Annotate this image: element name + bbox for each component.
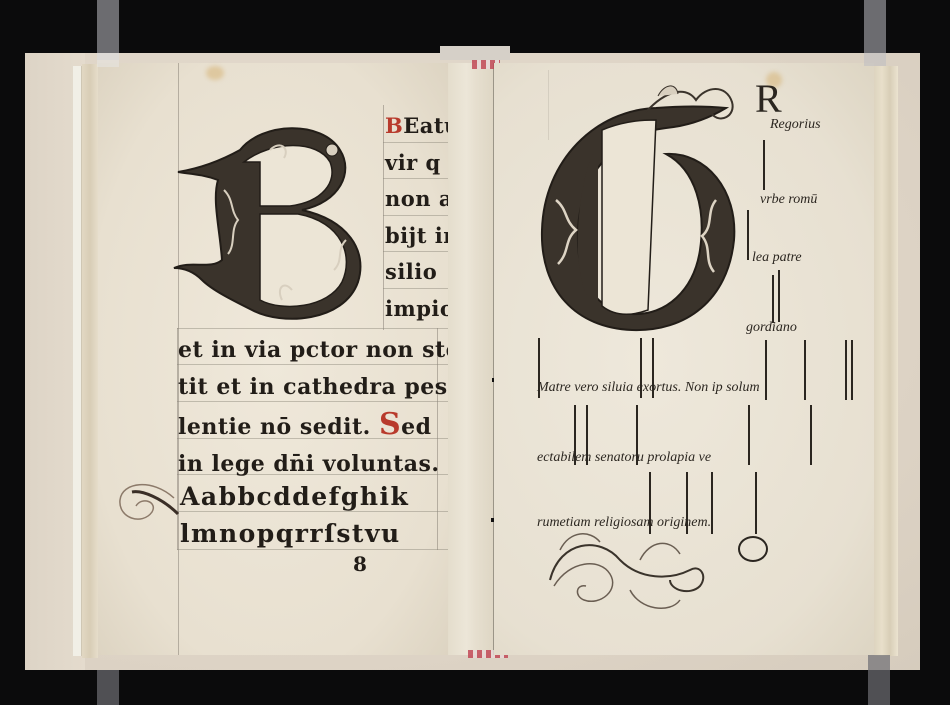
book-leaves-right — [874, 66, 898, 656]
main-line-1: Matre vero siluia exortus. Non ip solum — [537, 380, 760, 396]
ascender-stroke — [711, 472, 713, 534]
ruling-line — [383, 178, 449, 179]
ascender-stroke — [851, 340, 853, 400]
ascender-stroke — [772, 275, 774, 323]
descender-loop — [738, 536, 768, 562]
ruling-line — [383, 142, 449, 143]
decorated-initial-g — [536, 80, 756, 336]
ascender-stroke — [763, 140, 765, 190]
ascender-stroke — [747, 210, 749, 260]
pen-flourish — [112, 478, 182, 538]
ruling-line — [383, 105, 384, 330]
ruling-line — [383, 251, 449, 252]
main-line-2: ectabilem senatoru prolapia ve — [537, 450, 711, 466]
alphabet-specimen: Aabbcddefghik lmnopqrrſstvu — [180, 478, 409, 552]
side-line-2: vrbe romū — [760, 192, 817, 208]
ruling-line — [383, 288, 449, 289]
ascender-stroke — [748, 405, 750, 465]
ruling-line — [383, 215, 449, 216]
book-gutter — [448, 63, 494, 655]
psalm-text: et in via pctor non ste tit et in cathed… — [178, 332, 467, 483]
mounting-strap — [868, 655, 890, 705]
book-leaves-left — [82, 64, 98, 658]
ruling-line — [177, 328, 449, 329]
side-line-3: lea patre — [752, 250, 802, 266]
mounting-strap — [864, 0, 886, 66]
ascender-stroke — [755, 472, 757, 534]
mounting-strap — [97, 0, 119, 60]
capital-r: R — [755, 75, 782, 122]
side-line-4: gordiano — [746, 320, 797, 336]
book-fore-edge-left — [73, 66, 82, 656]
spine-top — [440, 46, 510, 60]
pen-flourish-acanthus — [540, 530, 715, 620]
rubric-initial-s: S — [379, 407, 401, 442]
mounting-strap — [97, 670, 119, 705]
ascender-stroke — [765, 340, 767, 400]
mounting-strap — [97, 53, 119, 67]
decorated-initial-b — [172, 110, 372, 330]
stain — [206, 66, 224, 80]
side-line-1: Regorius — [770, 117, 821, 133]
ascender-stroke — [845, 340, 847, 400]
ascender-stroke — [778, 270, 780, 322]
alphabet-tail: 8 — [353, 552, 367, 576]
ascender-stroke — [810, 405, 812, 465]
ascender-stroke — [804, 340, 806, 400]
main-line-3: rumetiam religiosam originem. — [537, 515, 711, 531]
